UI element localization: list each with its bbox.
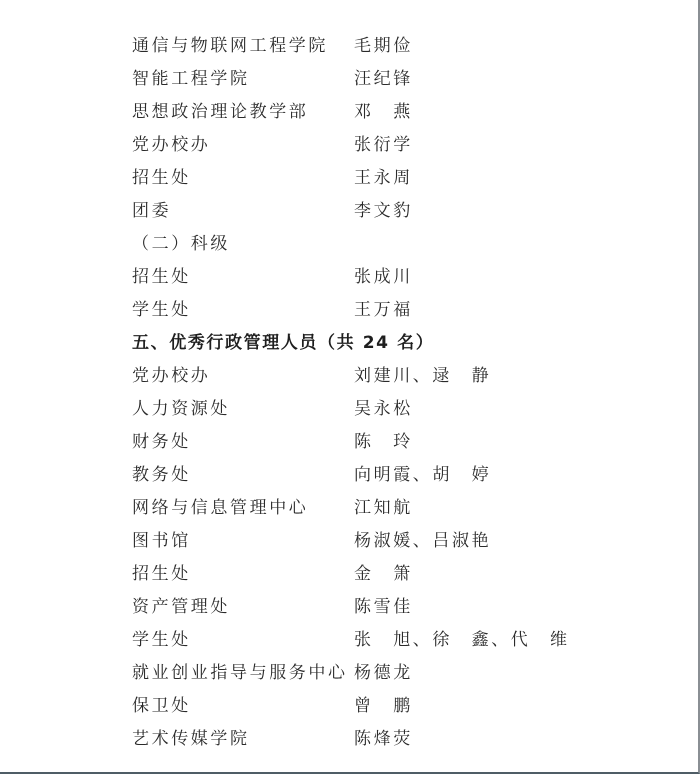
person-names: 陈 玲: [354, 429, 413, 455]
list-row: 学生处 王万福: [132, 297, 672, 330]
section-heading: 五、优秀行政管理人员（共 24 名）: [132, 330, 434, 356]
department-name: 资产管理处: [132, 594, 230, 620]
list-row: 人力资源处 吴永松: [132, 396, 672, 429]
list-row: 就业创业指导与服务中心 杨德龙: [132, 660, 672, 693]
person-names: 张衍学: [354, 132, 413, 158]
department-name: 智能工程学院: [132, 66, 250, 92]
list-row: 艺术传媒学院 陈烽荧: [132, 726, 672, 759]
list-row: 通信与物联网工程学院 毛期俭: [132, 33, 672, 66]
department-name: 人力资源处: [132, 396, 230, 422]
department-name: 招生处: [132, 165, 191, 191]
person-names: 毛期俭: [354, 33, 413, 59]
person-names: 向明霞、胡 婷: [354, 462, 491, 488]
list-row: 教务处 向明霞、胡 婷: [132, 462, 672, 495]
department-name: 教务处: [132, 462, 191, 488]
department-name: 党办校办: [132, 363, 210, 389]
department-name: 网络与信息管理中心: [132, 495, 308, 521]
person-names: 金 箫: [354, 561, 413, 587]
department-name: 就业创业指导与服务中心: [132, 660, 348, 686]
person-names: 江知航: [354, 495, 413, 521]
person-names: 王万福: [354, 297, 413, 323]
person-names: 杨淑媛、吕淑艳: [354, 528, 491, 554]
department-name: 艺术传媒学院: [132, 726, 250, 752]
list-row: 招生处 金 箫: [132, 561, 672, 594]
sub-heading: （二）科级: [132, 231, 230, 257]
department-name: 思想政治理论教学部: [132, 99, 308, 125]
department-name: 学生处: [132, 627, 191, 653]
honor-list: 通信与物联网工程学院 毛期俭 智能工程学院 汪纪锋 思想政治理论教学部 邓 燕 …: [132, 33, 672, 759]
department-name: 图书馆: [132, 528, 191, 554]
sub-heading-row: （二）科级: [132, 231, 672, 264]
person-names: 刘建川、逯 静: [354, 363, 491, 389]
department-name: 招生处: [132, 264, 191, 290]
department-name: 财务处: [132, 429, 191, 455]
person-names: 汪纪锋: [354, 66, 413, 92]
person-names: 李文豹: [354, 198, 413, 224]
list-row: 网络与信息管理中心 江知航: [132, 495, 672, 528]
person-names: 王永周: [354, 165, 413, 191]
person-names: 杨德龙: [354, 660, 413, 686]
list-row: 资产管理处 陈雪佳: [132, 594, 672, 627]
department-name: 保卫处: [132, 693, 191, 719]
list-row: 财务处 陈 玲: [132, 429, 672, 462]
list-row: 智能工程学院 汪纪锋: [132, 66, 672, 99]
person-names: 张 旭、徐 鑫、代 维: [354, 627, 570, 653]
person-names: 曾 鹏: [354, 693, 413, 719]
department-name: 团委: [132, 198, 171, 224]
list-row: 团委 李文豹: [132, 198, 672, 231]
list-row: 图书馆 杨淑媛、吕淑艳: [132, 528, 672, 561]
person-names: 张成川: [354, 264, 413, 290]
section-heading-row: 五、优秀行政管理人员（共 24 名）: [132, 330, 672, 363]
department-name: 党办校办: [132, 132, 210, 158]
department-name: 学生处: [132, 297, 191, 323]
list-row: 招生处 王永周: [132, 165, 672, 198]
department-name: 通信与物联网工程学院: [132, 33, 328, 59]
list-row: 招生处 张成川: [132, 264, 672, 297]
person-names: 陈烽荧: [354, 726, 413, 752]
department-name: 招生处: [132, 561, 191, 587]
list-row: 思想政治理论教学部 邓 燕: [132, 99, 672, 132]
person-names: 陈雪佳: [354, 594, 413, 620]
person-names: 邓 燕: [354, 99, 413, 125]
list-row: 学生处 张 旭、徐 鑫、代 维: [132, 627, 672, 660]
person-names: 吴永松: [354, 396, 413, 422]
list-row: 党办校办 张衍学: [132, 132, 672, 165]
document-page: 通信与物联网工程学院 毛期俭 智能工程学院 汪纪锋 思想政治理论教学部 邓 燕 …: [0, 0, 700, 774]
list-row: 保卫处 曾 鹏: [132, 693, 672, 726]
list-row: 党办校办 刘建川、逯 静: [132, 363, 672, 396]
